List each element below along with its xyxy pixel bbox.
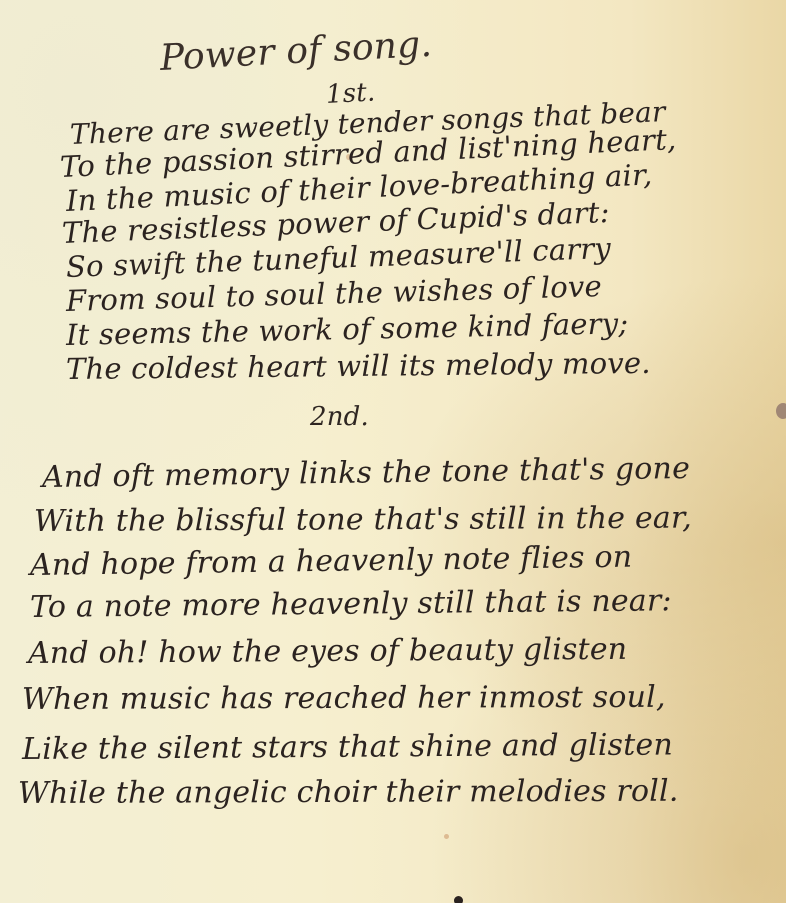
ink-dot bbox=[454, 896, 463, 903]
stanza-2-line-2: With the blissful tone that's still in t… bbox=[34, 501, 692, 539]
stanza-2-line-5: And oh! how the eyes of beauty glisten bbox=[28, 632, 628, 671]
stanza-number-2: 2nd. bbox=[310, 402, 369, 432]
stanza-number-1: 1st. bbox=[325, 77, 376, 110]
stanza-2-line-3: And hope from a heavenly note flies on bbox=[30, 540, 633, 583]
foxing-spot bbox=[444, 834, 449, 839]
stanza-2-line-6: When music has reached her inmost soul, bbox=[22, 680, 666, 717]
stanza-2-line-7: Like the silent stars that shine and gli… bbox=[22, 727, 673, 767]
stanza-2-line-1: And oft memory links the tone that's gon… bbox=[42, 451, 691, 495]
stanza-2-line-8: While the angelic choir their melodies r… bbox=[18, 774, 679, 811]
stanza-1-line-8: The coldest heart will its melody move. bbox=[66, 346, 651, 386]
poem-title: Power of song. bbox=[159, 24, 433, 79]
ink-spot bbox=[776, 403, 786, 419]
stanza-2-line-4: To a note more heavenly still that is ne… bbox=[30, 583, 672, 625]
manuscript-page: Power of song. 1st. There are sweetly te… bbox=[0, 0, 786, 903]
